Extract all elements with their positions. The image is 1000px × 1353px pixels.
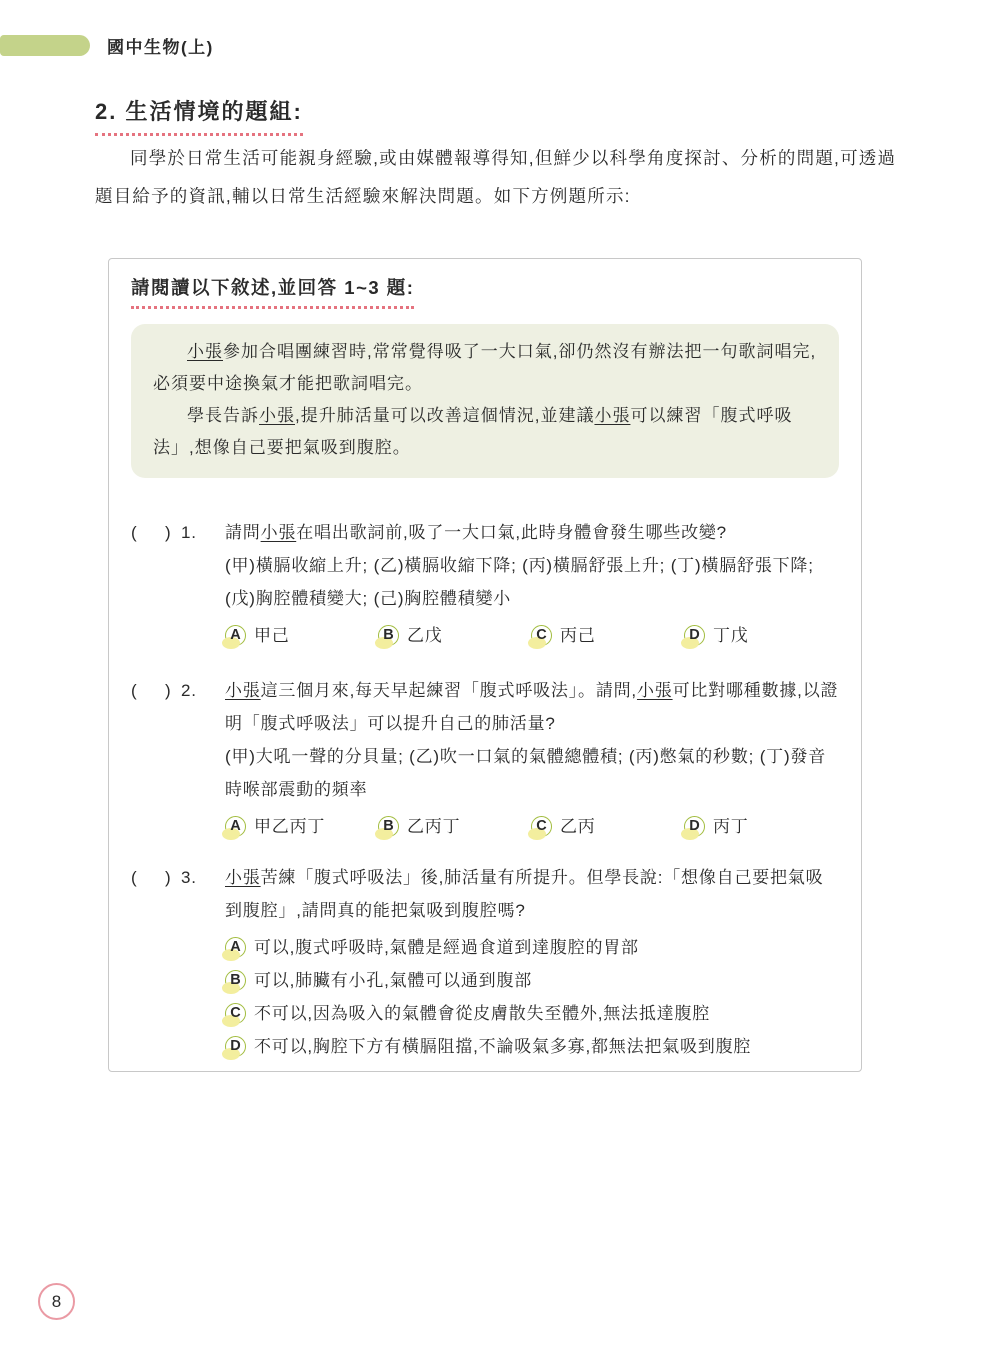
choice-letter-circle: C: [531, 625, 552, 646]
question-box: 請閱讀以下敘述,並回答 1~3 題: 小張參加合唱團練習時,常常覺得吸了一大口氣…: [108, 258, 862, 1072]
question-2-stem: 小張這三個月來,每天早起練習「腹式呼吸法」。請問,小張可比對哪種數據,以證明「腹…: [225, 674, 839, 740]
question-1-stem: 請問小張在唱出歌詞前,吸了一大口氣,此時身體會發生哪些改變?: [225, 516, 839, 549]
question-2-sublist: (甲)大吼一聲的分貝量; (乙)吹一口氣的氣體總體積; (丙)憋氣的秒數; (丁…: [225, 740, 839, 806]
question-2-number: 2.: [181, 674, 225, 843]
question-2-choices: A 甲乙丙丁 B 乙丙丁 C 乙丙 D 丙丁: [225, 810, 839, 843]
question-3-number: 3.: [181, 861, 225, 1063]
question-3-stem: 小張苦練「腹式呼吸法」後,肺活量有所提升。但學長說:「想像自己要把氣吸到腹腔」,…: [225, 861, 839, 927]
question-3-choice-c: C 不可以,因為吸入的氣體會從皮膚散失至體外,無法抵達腹腔: [225, 997, 839, 1030]
question-box-title: 請閱讀以下敘述,並回答 1~3 題:: [131, 274, 414, 309]
section-heading: 2. 生活情境的題組:: [95, 95, 303, 136]
question-2-answer-blank: ( ): [131, 674, 181, 843]
textbook-page: 國中生物(上) 2. 生活情境的題組: 同學於日常生活可能親身經驗,或由媒體報導…: [0, 0, 1000, 1353]
question-2-choice-b: B 乙丙丁: [378, 810, 531, 843]
page-number-badge: 8: [38, 1283, 75, 1320]
question-2: ( ) 2. 小張這三個月來,每天早起練習「腹式呼吸法」。請問,小張可比對哪種數…: [131, 674, 839, 843]
choice-letter-circle: B: [378, 625, 399, 646]
passage-paragraph-2: 學長告訴小張,提升肺活量可以改善這個情況,並建議小張可以練習「腹式呼吸法」,想像…: [153, 400, 817, 464]
question-1-choice-d: D 丁戊: [684, 619, 837, 652]
question-3-choice-d: D 不可以,胸腔下方有橫膈阻擋,不論吸氣多寡,都無法把氣吸到腹腔: [225, 1030, 839, 1063]
choice-letter-circle: D: [684, 816, 705, 837]
choice-letter-circle: D: [684, 625, 705, 646]
question-1-choice-b: B 乙戊: [378, 619, 531, 652]
question-3-choice-b: B 可以,肺臟有小孔,氣體可以通到腹部: [225, 964, 839, 997]
section-heading-text: 2. 生活情境的題組:: [95, 95, 303, 136]
question-3-body: 小張苦練「腹式呼吸法」後,肺活量有所提升。但學長說:「想像自己要把氣吸到腹腔」,…: [225, 861, 839, 1063]
choice-letter-circle: B: [225, 970, 246, 991]
question-1-number: 1.: [181, 516, 225, 652]
passage-paragraph-1: 小張參加合唱團練習時,常常覺得吸了一大口氣,卻仍然沒有辦法把一句歌詞唱完,必須要…: [153, 336, 817, 400]
question-3-choice-a: A 可以,腹式呼吸時,氣體是經過食道到達腹腔的胃部: [225, 931, 839, 964]
question-1-answer-blank: ( ): [131, 516, 181, 652]
reading-passage: 小張參加合唱團練習時,常常覺得吸了一大口氣,卻仍然沒有辦法把一句歌詞唱完,必須要…: [131, 324, 839, 478]
question-1-sublist: (甲)橫膈收縮上升; (乙)橫膈收縮下降; (丙)橫膈舒張上升; (丁)橫膈舒張…: [225, 549, 839, 615]
book-title: 國中生物(上): [107, 33, 214, 58]
choice-letter-circle: D: [225, 1036, 246, 1057]
question-3-answer-blank: ( ): [131, 861, 181, 1063]
question-1-choices: A 甲己 B 乙戊 C 丙己 D 丁戊: [225, 619, 839, 652]
choice-letter-circle: C: [531, 816, 552, 837]
question-2-choice-a: A 甲乙丙丁: [225, 810, 378, 843]
choice-letter-circle: B: [378, 816, 399, 837]
choice-letter-circle: C: [225, 1003, 246, 1024]
question-2-body: 小張這三個月來,每天早起練習「腹式呼吸法」。請問,小張可比對哪種數據,以證明「腹…: [225, 674, 839, 843]
question-1: ( ) 1. 請問小張在唱出歌詞前,吸了一大口氣,此時身體會發生哪些改變? (甲…: [131, 516, 839, 652]
header-pill-decoration: [0, 35, 90, 56]
question-2-choice-d: D 丙丁: [684, 810, 837, 843]
page-header: 國中生物(上): [0, 33, 214, 58]
intro-paragraph: 同學於日常生活可能親身經驗,或由媒體報導得知,但鮮少以科學角度探討、分析的問題,…: [95, 139, 908, 215]
question-3-choices: A 可以,腹式呼吸時,氣體是經過食道到達腹腔的胃部 B 可以,肺臟有小孔,氣體可…: [225, 931, 839, 1063]
question-1-choice-c: C 丙己: [531, 619, 684, 652]
question-3: ( ) 3. 小張苦練「腹式呼吸法」後,肺活量有所提升。但學長說:「想像自己要把…: [131, 861, 839, 1063]
choice-letter-circle: A: [225, 816, 246, 837]
question-1-choice-a: A 甲己: [225, 619, 378, 652]
question-2-choice-c: C 乙丙: [531, 810, 684, 843]
question-1-body: 請問小張在唱出歌詞前,吸了一大口氣,此時身體會發生哪些改變? (甲)橫膈收縮上升…: [225, 516, 839, 652]
page-number: 8: [52, 1292, 61, 1312]
choice-letter-circle: A: [225, 625, 246, 646]
choice-letter-circle: A: [225, 937, 246, 958]
